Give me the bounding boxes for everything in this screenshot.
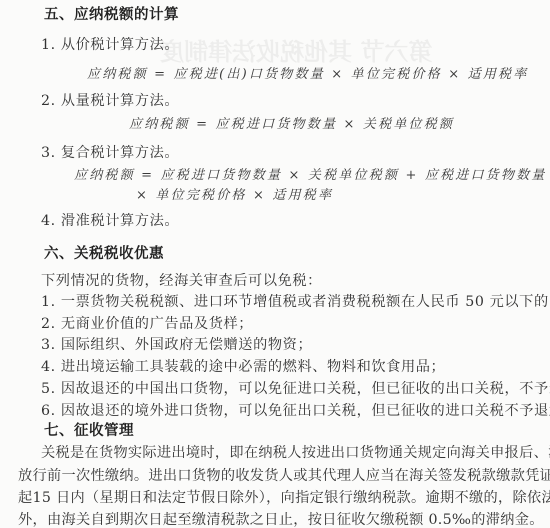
formula-ad-valorem: 应纳税额 = 应税进(出)口货物数量 × 单位完税价格 × 适用税率 xyxy=(87,68,528,81)
formula-specific: 应纳税额 = 应税进口货物数量 × 关税单位税额 xyxy=(129,118,454,131)
paragraph-line: 起15 日内（星期日和法定节假日除外），向指定银行缴纳税款。逾期不缴的，除依法追… xyxy=(18,491,550,505)
exemption-item: 1. 一票货物关税税额、进口环节增值税或者消费税税额在人民币 50 元以下的； xyxy=(41,295,550,309)
document-page: 第六节 其他税收法律制度 五、应纳税额的计算 1. 从价税计算方法。 应纳税额 … xyxy=(0,0,550,528)
paragraph-line: 关税是在货物实际进出境时，即在纳税人按进出口货物通关规定向海关申报后、海关 xyxy=(41,446,550,460)
exemption-item: 4. 进出境运输工具装载的途中必需的燃料、物料和饮食用品； xyxy=(41,360,445,374)
paragraph-line: 外，由海关自到期次日起至缴清税款之日止，按日征收欠缴税额 0.5‰的滞纳金。 xyxy=(18,513,544,527)
exemption-item: 2. 无商业价值的广告品及货样； xyxy=(41,317,253,331)
paragraph-line: 放行前一次性缴纳。进出口货物的收发货人或其代理人应当在海关签发税款缴款凭证次日 xyxy=(18,469,550,483)
formula-compound-line-2: × 单位完税价格 × 适用税率 xyxy=(136,189,333,202)
bleed-through-text: 第六节 其他税收法律制度 xyxy=(160,32,432,67)
section-5-heading: 五、应纳税额的计算 xyxy=(44,8,179,23)
method-4-label: 4. 滑准税计算方法。 xyxy=(41,214,179,228)
exemption-intro: 下列情况的货物，经海关审查后可以免税： xyxy=(41,274,322,288)
formula-compound-line-1: 应纳税额 = 应税进口货物数量 × 关税单位税额 + 应税进口货物数量 xyxy=(74,169,546,182)
exemption-item: 3. 国际组织、外国政府无偿赠送的物资； xyxy=(41,338,312,352)
exemption-item: 6. 因故退还的境外进口货物，可以免征出口关税，但已征收的进口关税不予退还。 xyxy=(41,404,550,418)
section-6-heading: 六、关税税收优惠 xyxy=(44,247,164,262)
method-3-label: 3. 复合税计算方法。 xyxy=(41,146,179,160)
exemption-item: 5. 因故退还的中国出口货物，可以免征进口关税，但已征收的出口关税，不予退还； xyxy=(41,382,550,396)
method-2-label: 2. 从量税计算方法。 xyxy=(41,94,179,108)
section-7-heading: 七、征收管理 xyxy=(44,424,134,439)
method-1-label: 1. 从价税计算方法。 xyxy=(41,38,179,52)
